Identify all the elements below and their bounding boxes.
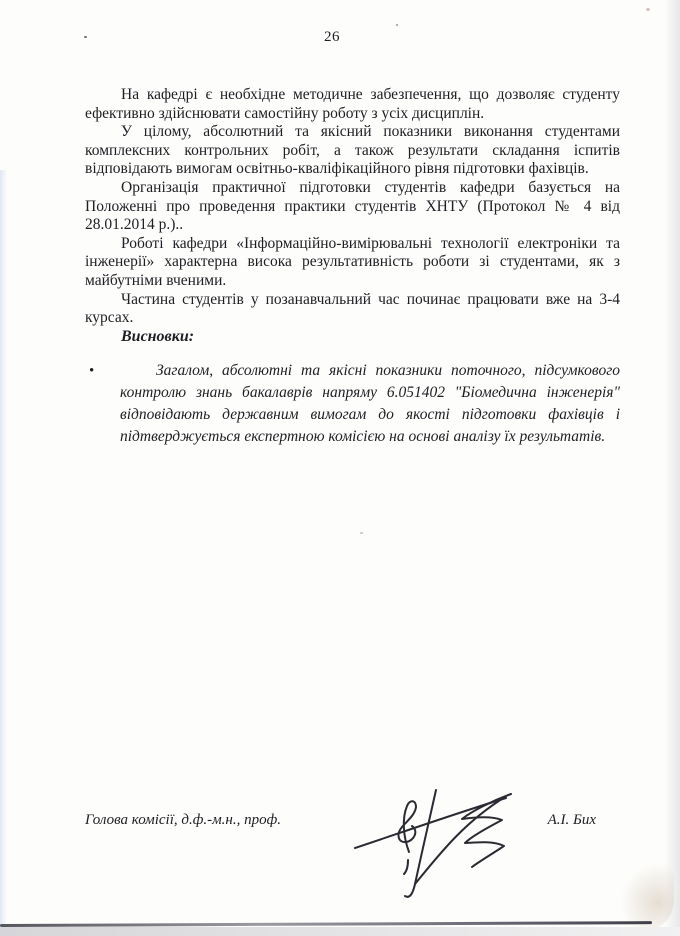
paragraph: Організація практичної підготовки студен… [85,179,620,235]
paragraph: На кафедрі є необхідне методичне забезпе… [85,86,620,123]
scan-speck [84,36,87,38]
signer-role: Голова комісії, д.ф.-м.н., проф. [85,812,281,829]
scanned-document-page: 26 На кафедрі є необхідне методичне забе… [0,0,680,936]
page-corner-curl [620,863,674,929]
paragraph: У цілому, абсолютний та якісний показник… [85,123,620,179]
scan-edge-right-tint [664,0,680,936]
conclusion-bullet-item: • Загалом, абсолютні та якісні показники… [85,360,620,448]
scan-speck [396,24,398,26]
scan-speck [360,532,363,534]
paragraph: Роботі кафедри «Інформаційно-вимірювальн… [85,235,620,291]
conclusion-text: Загалом, абсолютні та якісні показники п… [120,360,620,448]
paragraph: Частина студентів у позанавчальний час п… [85,291,620,328]
scan-speck [646,8,650,11]
bullet-marker: • [85,360,120,448]
scan-edge-left-tint [0,170,7,936]
document-body: На кафедрі є необхідне методичне забезпе… [85,86,620,448]
scan-bottom-background [0,927,680,936]
conclusions-heading: Висновки: [85,328,620,347]
page-number: 26 [0,29,664,46]
signature-scribble-icon [345,770,560,905]
